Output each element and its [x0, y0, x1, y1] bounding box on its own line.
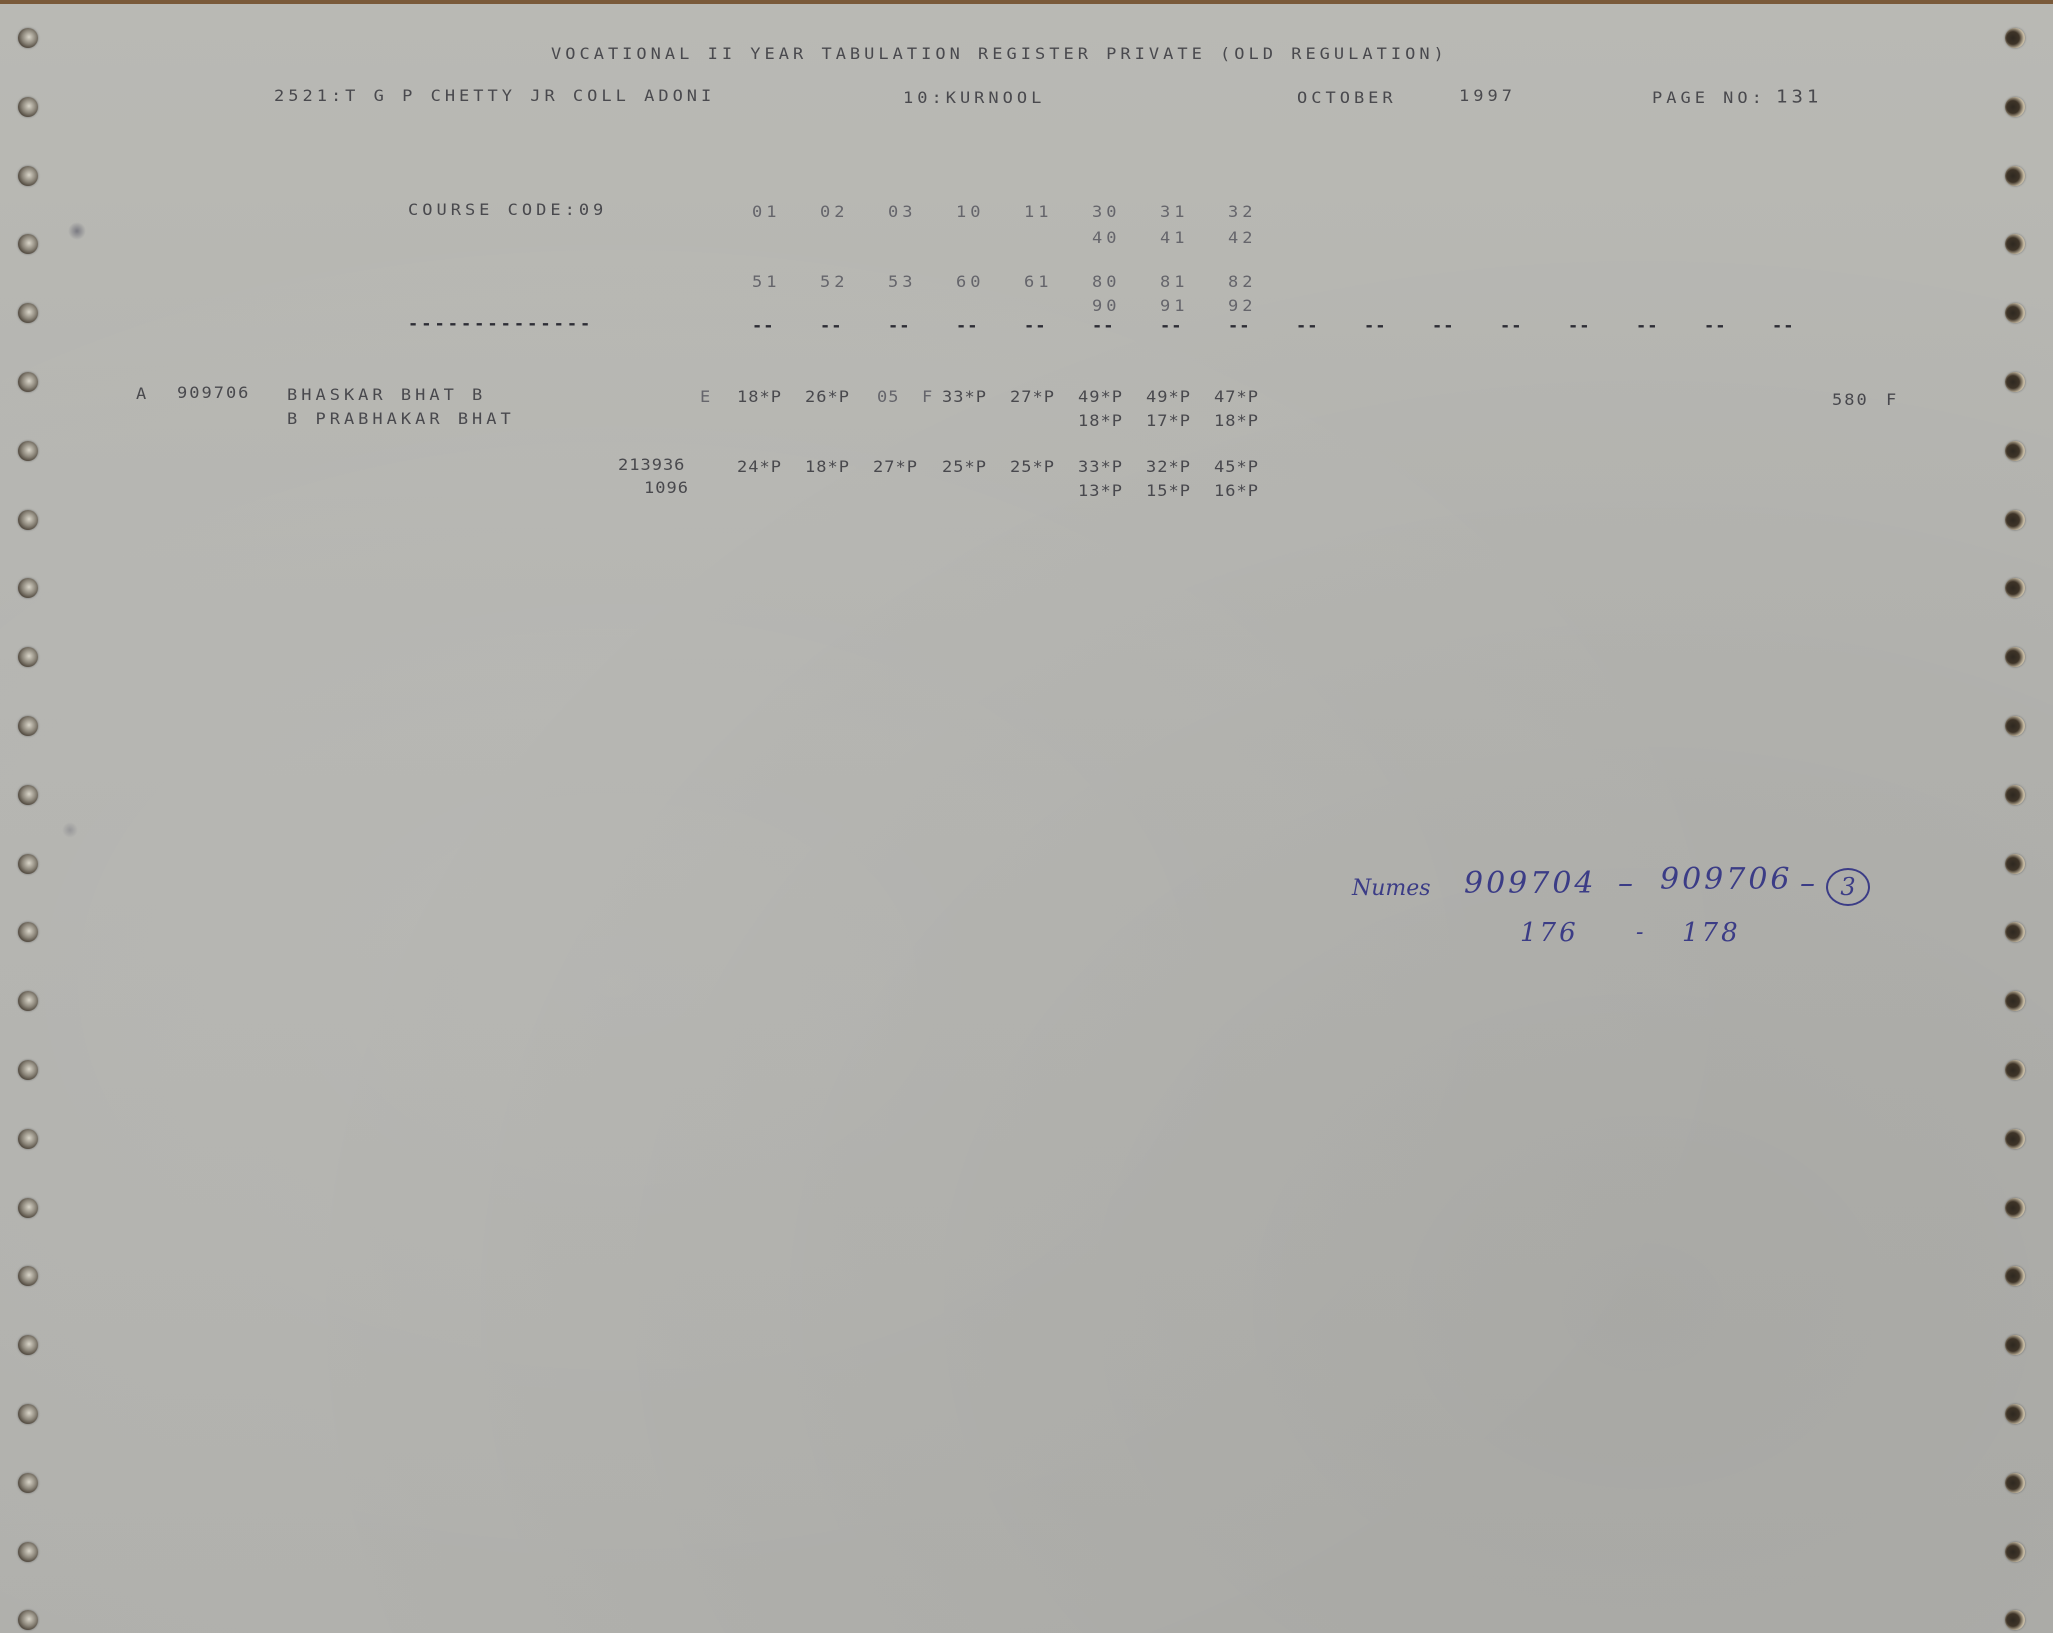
feed-hole	[2005, 578, 2025, 598]
column-dash: --	[1432, 316, 1454, 336]
feed-hole	[2005, 1404, 2025, 1424]
mark: 27*P	[1010, 389, 1055, 405]
feed-hole	[18, 1473, 38, 1493]
mark: 24*P	[737, 459, 782, 475]
feed-hole	[2005, 166, 2025, 186]
column-dash: --	[1160, 316, 1182, 336]
feed-hole	[2005, 510, 2025, 530]
mark: 49*P	[1078, 389, 1123, 405]
feed-hole	[2005, 28, 2025, 48]
feed-hole	[2005, 303, 2025, 323]
mark: 18*P	[737, 389, 782, 405]
feed-hole	[18, 785, 38, 805]
mark: 27*P	[873, 459, 918, 475]
note-dash-2: –	[1800, 866, 1818, 901]
feed-hole	[2005, 854, 2025, 874]
subject-code: 31	[1160, 204, 1188, 220]
feed-hole	[2005, 97, 2025, 117]
feed-hole	[18, 166, 38, 186]
subject-code: 02	[820, 204, 848, 220]
feed-hole	[18, 1335, 38, 1355]
mark: 25*P	[942, 459, 987, 475]
subject-code: 11	[1024, 204, 1052, 220]
subject-code: 10	[956, 204, 984, 220]
father-name: B PRABHAKAR BHAT	[287, 411, 515, 427]
feed-hole	[2005, 785, 2025, 805]
subject-code: 41	[1160, 230, 1188, 246]
feed-hole	[2005, 991, 2025, 1011]
exam-year: 1997	[1459, 88, 1516, 104]
feed-hole	[18, 28, 38, 48]
column-dash: --	[1296, 316, 1318, 336]
feed-hole	[18, 510, 38, 530]
feed-hole	[18, 716, 38, 736]
subject-code: 52	[820, 274, 848, 290]
note-range-end: 909706	[1660, 862, 1793, 897]
mark: 05 F	[877, 389, 933, 405]
feed-hole	[2005, 1610, 2025, 1630]
mark: 25*P	[1010, 459, 1055, 475]
note-line2-start: 176	[1520, 918, 1579, 948]
tabulation-sheet: VOCATIONAL II YEAR TABULATION REGISTER P…	[0, 4, 2053, 1633]
mark: 18*P	[1078, 413, 1123, 429]
subject-code: 61	[1024, 274, 1052, 290]
feed-hole	[2005, 1060, 2025, 1080]
feed-hole	[18, 1129, 38, 1149]
mark: 47*P	[1214, 389, 1259, 405]
feed-hole	[18, 922, 38, 942]
feed-hole	[18, 441, 38, 461]
subject-code: 60	[956, 274, 984, 290]
column-dash: --	[1092, 316, 1114, 336]
feed-hole	[2005, 1266, 2025, 1286]
feed-hole	[2005, 1335, 2025, 1355]
mark: 17*P	[1146, 413, 1191, 429]
feed-hole	[18, 991, 38, 1011]
note-count-circled: 3	[1826, 868, 1870, 906]
feed-hole	[2005, 1198, 2025, 1218]
column-dash: --	[1364, 316, 1386, 336]
college-name: 2521:T G P CHETTY JR COLL ADONI	[274, 88, 715, 104]
column-dash: --	[1228, 316, 1250, 336]
feed-hole	[18, 303, 38, 323]
mark: 26*P	[805, 389, 850, 405]
mark: 18*P	[1214, 413, 1259, 429]
column-dash: --	[956, 316, 978, 336]
report-title: VOCATIONAL II YEAR TABULATION REGISTER P…	[551, 46, 1448, 62]
district: 10:KURNOOL	[903, 90, 1045, 106]
feed-hole	[2005, 372, 2025, 392]
note-line2-sep: -	[1636, 920, 1646, 945]
feed-hole	[18, 1060, 38, 1080]
final-result: F	[1886, 392, 1900, 408]
subject-code: 80	[1092, 274, 1120, 290]
feed-hole	[2005, 441, 2025, 461]
subject-code: 92	[1228, 298, 1256, 314]
feed-hole	[2005, 1473, 2025, 1493]
page-number: 131	[1776, 88, 1822, 106]
mark: 33*P	[942, 389, 987, 405]
record-category: A	[136, 386, 150, 402]
ink-smudge	[68, 222, 86, 240]
feed-hole	[18, 854, 38, 874]
right-feed-holes	[2005, 4, 2035, 1633]
subject-code: 30	[1092, 204, 1120, 220]
column-dash: --	[1500, 316, 1522, 336]
feed-hole	[2005, 1129, 2025, 1149]
feed-hole	[18, 1404, 38, 1424]
subject-code: 40	[1092, 230, 1120, 246]
column-dash: --	[1024, 316, 1046, 336]
feed-hole	[2005, 647, 2025, 667]
feed-hole	[18, 97, 38, 117]
column-dash: --	[1568, 316, 1590, 336]
mark: 16*P	[1214, 483, 1259, 499]
column-dash: --	[1772, 316, 1794, 336]
column-dash: --	[1636, 316, 1658, 336]
course-underline: --------------	[408, 314, 593, 334]
feed-hole	[18, 578, 38, 598]
course-code: COURSE CODE:09	[408, 202, 607, 218]
subject-code: 42	[1228, 230, 1256, 246]
mark: 18*P	[805, 459, 850, 475]
student-name: BHASKAR BHAT B	[287, 387, 486, 403]
subject-code: 81	[1160, 274, 1188, 290]
note-dash: –	[1618, 866, 1636, 901]
total-marks: 580	[1832, 392, 1869, 408]
column-dash: --	[888, 316, 910, 336]
subject-code: 32	[1228, 204, 1256, 220]
subject-code: 53	[888, 274, 916, 290]
mark: 32*P	[1146, 459, 1191, 475]
feed-hole	[2005, 716, 2025, 736]
feed-hole	[18, 234, 38, 254]
mark: 45*P	[1214, 459, 1259, 475]
column-dash: --	[1704, 316, 1726, 336]
left-feed-holes	[18, 4, 48, 1633]
subject-code: 51	[752, 274, 780, 290]
mark: 15*P	[1146, 483, 1191, 499]
exam-month: OCTOBER	[1297, 90, 1397, 106]
subject-code: 01	[752, 204, 780, 220]
serial-number: 213936	[618, 457, 685, 473]
feed-hole	[2005, 1542, 2025, 1562]
feed-hole	[18, 372, 38, 392]
ink-smudge	[62, 822, 78, 838]
feed-hole	[2005, 922, 2025, 942]
page-label: PAGE NO:	[1652, 90, 1766, 106]
note-line2-end: 178	[1682, 918, 1741, 948]
subject-code: 91	[1160, 298, 1188, 314]
hall-ticket-number: 909706	[177, 385, 250, 401]
feed-hole	[18, 1610, 38, 1630]
feed-hole	[18, 1266, 38, 1286]
column-dash: --	[820, 316, 842, 336]
feed-hole	[18, 1198, 38, 1218]
feed-hole	[2005, 234, 2025, 254]
subject-code: 82	[1228, 274, 1256, 290]
note-range-start: 909704	[1464, 866, 1597, 901]
subject-code: 03	[888, 204, 916, 220]
column-dash: --	[752, 316, 774, 336]
note-prefix: Numes	[1352, 876, 1431, 901]
subject-code: 90	[1092, 298, 1120, 314]
mark: 49*P	[1146, 389, 1191, 405]
feed-hole	[18, 1542, 38, 1562]
record-code: 1096	[644, 480, 689, 496]
mark: 33*P	[1078, 459, 1123, 475]
mark: 13*P	[1078, 483, 1123, 499]
feed-hole	[18, 647, 38, 667]
medium: E	[700, 389, 714, 405]
